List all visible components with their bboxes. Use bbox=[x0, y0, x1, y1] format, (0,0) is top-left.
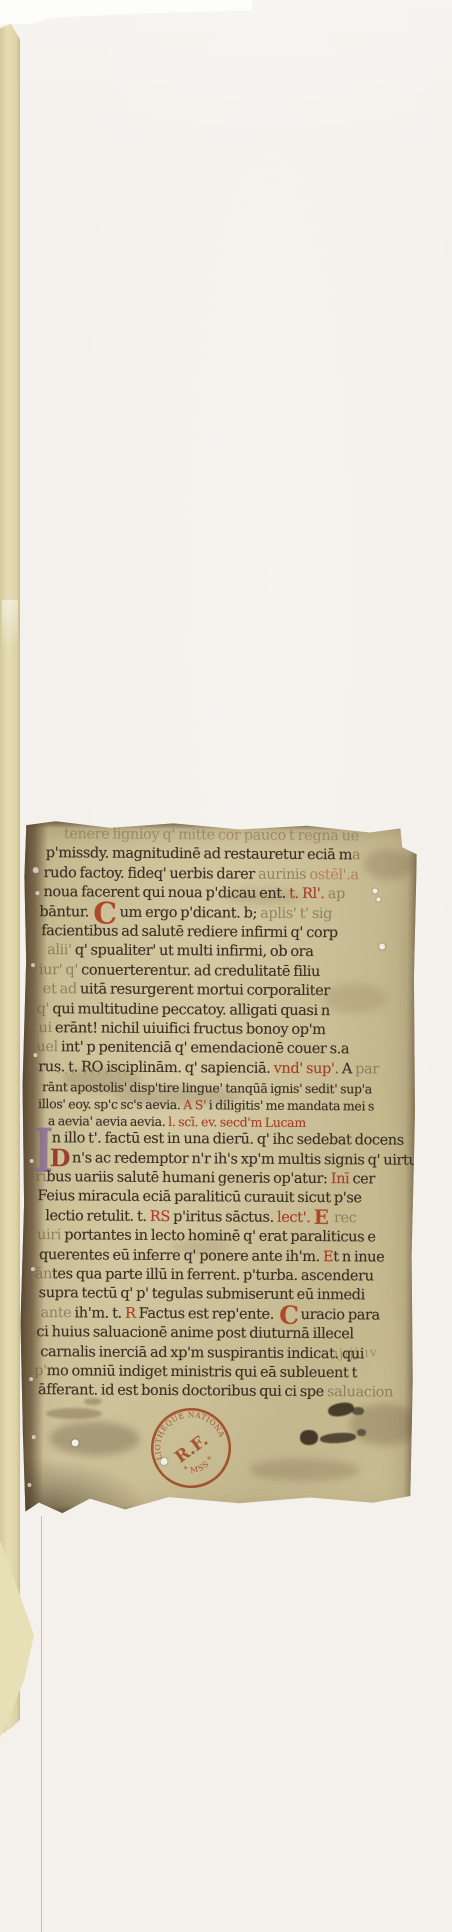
text-segment: n illo t'. factū est in una dierū. q' ih… bbox=[52, 1130, 404, 1148]
text-segment: ci huius saluacionē anime post diuturnā … bbox=[36, 1324, 353, 1342]
manuscript-line: uel int' p penitenciā q' emendacionē cou… bbox=[36, 1040, 349, 1057]
neume-marks: ´´´ ´´´´ ´´´ bbox=[56, 1072, 137, 1083]
manuscript-line: Feius miracula eciā paraliticū curauit s… bbox=[37, 1189, 361, 1206]
text-segment: supra tectū q' p' tegulas submiserunt eū… bbox=[39, 1285, 365, 1303]
text-segment: rudo factoy. fideq' uerbis darer bbox=[44, 865, 259, 882]
parchment-stain bbox=[50, 1421, 140, 1456]
text-segment: Factus est rep'ente. bbox=[139, 1306, 278, 1323]
neume-marks: ´´ ´´´ ´´´´ bbox=[50, 1089, 124, 1100]
text-segment: noua facerent qui noua p'dicau ent. bbox=[43, 884, 289, 902]
text-segment: um ergo p'dicant. b; bbox=[120, 905, 261, 922]
stitch-hole bbox=[33, 867, 39, 873]
parchment-stain bbox=[323, 983, 387, 1013]
rubricated-initial: D bbox=[50, 1143, 71, 1172]
text-segment: uel bbox=[36, 1039, 61, 1055]
text-block: tenere lignioy q' mitte cor pauco t regn… bbox=[24, 821, 417, 824]
text-segment: cer bbox=[352, 1171, 375, 1187]
text-segment: ri bbox=[35, 1169, 46, 1185]
text-segment: āfferant. id est bonis doctoribus qui ci… bbox=[38, 1382, 327, 1400]
manuscript-line: rudo factoy. fideq' uerbis darer aurinis… bbox=[44, 866, 359, 883]
text-segment: q' spualiter' ut multi infirmi, ob ora bbox=[75, 942, 314, 960]
ink-smudge bbox=[352, 1407, 364, 1415]
manuscript-line: āntes qua parte illū in ferrent. p'turba… bbox=[35, 1267, 374, 1284]
text-segment: R bbox=[125, 1306, 139, 1322]
text-segment: uracio para bbox=[301, 1307, 380, 1324]
text-segment: l. scī. ev. secd'm Lucam bbox=[168, 1114, 306, 1130]
manuscript-line: noua facerent qui noua p'dicau ent. t. R… bbox=[43, 885, 345, 902]
stitch-holes-layer bbox=[24, 821, 417, 824]
stitch-hole bbox=[29, 1377, 33, 1381]
manuscript-line: q' qui multitudine peccatoy. alligati qu… bbox=[37, 1002, 330, 1019]
parchment-stain bbox=[249, 1459, 359, 1482]
text-segment: int' p penitenciā q' emendacionē couer s… bbox=[61, 1039, 349, 1057]
neumes-layer: ´´´ ´´´´ ´´´´´ ´´´ ´´´´´´´ ´´ ´´´´ bbox=[24, 821, 417, 824]
parchment-bottom-edge bbox=[19, 1505, 412, 1520]
stitch-hole bbox=[30, 1159, 34, 1163]
manuscript-line: facientibus ad salutē rediere infirmi q'… bbox=[41, 924, 338, 941]
text-segment: lectio retulit. t. bbox=[45, 1208, 150, 1225]
manuscript-line: lectio retulit. t. RS p'iritus sāctus. l… bbox=[45, 1209, 356, 1226]
text-segment: p'iritus sāctus. bbox=[173, 1209, 277, 1226]
text-segment: RS bbox=[150, 1209, 173, 1225]
text-segment: A S' bbox=[183, 1097, 209, 1112]
parchment-stain bbox=[364, 849, 414, 879]
old-shelfmark-marks: ıjıjj ıv bbox=[334, 1345, 379, 1362]
text-segment: rec bbox=[334, 1210, 357, 1226]
text-segment: t. Rl'. bbox=[289, 886, 328, 902]
text-segment: portantes in lecto hominē q' erat parali… bbox=[64, 1227, 375, 1245]
parchment-right-edge bbox=[403, 824, 417, 1520]
text-segment: ap bbox=[328, 886, 345, 902]
text-segment: ante bbox=[41, 1305, 75, 1321]
parchment-torn-corner bbox=[19, 1457, 149, 1518]
manuscript-line: p'missdy. magnitudinē ad restauretur eci… bbox=[46, 846, 361, 863]
neume-marks: ´´´ ´´ ´´´´ bbox=[52, 1106, 126, 1117]
guard-strip-crease bbox=[2, 600, 18, 670]
text-segment: uiri bbox=[37, 1227, 64, 1243]
manuscript-line: ui erānt! nichil uiuifici fructus bonoy … bbox=[38, 1021, 325, 1038]
text-segment: erānt! nichil uiuifici fructus bonoy op'… bbox=[55, 1020, 326, 1038]
manuscript-line: n illo t'. factū est in una dierū. q' ih… bbox=[52, 1131, 404, 1148]
text-segment: carnalis inerciā ad xp'm suspirantis ind… bbox=[40, 1344, 364, 1362]
text-segment: i diligitis' me mandata mei s bbox=[209, 1097, 374, 1113]
parchment-hole bbox=[379, 943, 385, 949]
text-segment: tenere lignioy q' mitte cor pauco t regn… bbox=[64, 826, 359, 844]
ink-smudge bbox=[300, 1430, 318, 1445]
manuscript-line: iur' q' conuerterentur. ad credulitatē f… bbox=[39, 963, 320, 980]
faded-ink-smudge bbox=[46, 1408, 102, 1419]
text-segment: E bbox=[323, 1249, 333, 1265]
manuscript-line: ribus uariis salutē humani generis op'at… bbox=[35, 1170, 375, 1187]
text-segment: par bbox=[355, 1061, 379, 1077]
manuscript-line: bāntur. Cum ergo p'dicant. b; aplis' t' … bbox=[39, 905, 332, 922]
album-page-top-edge bbox=[0, 0, 252, 24]
manuscript-line: uiri portantes in lecto hominē q' erat p… bbox=[37, 1228, 376, 1245]
holes-layer bbox=[24, 821, 417, 824]
text-segment: conuerterentur. ad credulitatē filiu bbox=[81, 962, 320, 980]
rubricated-initial: E bbox=[314, 1205, 335, 1229]
text-segment: ān bbox=[35, 1266, 52, 1282]
stitch-hole bbox=[27, 1483, 31, 1487]
text-segment: p' bbox=[34, 1363, 47, 1379]
stains-layer bbox=[24, 821, 417, 824]
text-segment: Feius miracula eciā paraliticū curauit s… bbox=[37, 1188, 361, 1206]
text-segment: ostēl'.a bbox=[309, 867, 358, 883]
text-segment: Inī bbox=[331, 1171, 353, 1187]
text-segment: vnd' sup'. bbox=[274, 1061, 342, 1077]
manuscript-line: supra tectū q' p' tegulas submiserunt eū… bbox=[39, 1286, 365, 1303]
manuscript-line: tenere lignioy q' mitte cor pauco t regn… bbox=[64, 827, 359, 844]
text-segment: saluacion bbox=[327, 1384, 393, 1400]
text-segment: bus uariis salutē humani generis op'atur… bbox=[46, 1169, 331, 1187]
text-segment: aplis' t' sig bbox=[260, 906, 332, 923]
text-segment: alii' bbox=[47, 942, 75, 958]
binding-guard-strip bbox=[0, 24, 20, 1735]
album-page-crease bbox=[41, 1516, 42, 1932]
parchment-hole bbox=[373, 888, 378, 893]
manuscript-line: alii' q' spualiter' ut multi infirmi, ob… bbox=[47, 943, 313, 960]
text-segment: lect'. bbox=[277, 1210, 314, 1226]
text-segment: uitā resurgerent mortui corporaliter bbox=[80, 981, 330, 999]
text-segment: tes qua parte illū in ferrent. p'turba. … bbox=[52, 1266, 374, 1284]
ink-smudge bbox=[357, 1429, 366, 1436]
text-segment: ui bbox=[38, 1020, 55, 1036]
text-segment: facientibus ad salutē rediere infirmi q'… bbox=[41, 923, 338, 941]
text-segment: A bbox=[342, 1061, 355, 1077]
manuscript-line: p'mo omniū indiget ministris qui eā subl… bbox=[34, 1364, 357, 1381]
text-segment: iur' q' bbox=[39, 962, 81, 978]
manuscript-line: querentes eū inferre q' ponere ante ih'm… bbox=[39, 1248, 384, 1265]
text-segment: ih'm. t. bbox=[75, 1305, 126, 1321]
manuscript-line: et ad uitā resurgerent mortui corporalit… bbox=[43, 982, 330, 999]
stitch-hole bbox=[35, 891, 39, 895]
stitch-hole bbox=[31, 1267, 35, 1271]
stitch-hole bbox=[33, 1053, 37, 1057]
manuscript-scan-page: I tenere lignioy q' mitte cor pauco t re… bbox=[0, 0, 452, 1932]
manuscript-line: Dn's ac redemptor n'r ih's xp'm multis s… bbox=[50, 1151, 418, 1169]
text-segment: et ad bbox=[43, 981, 80, 997]
text-segment: n's ac redemptor n'r ih's xp'm multis si… bbox=[72, 1150, 417, 1168]
text-segment: a bbox=[352, 847, 360, 863]
text-segment: mo omniū indiget ministris qui eā subleu… bbox=[47, 1363, 358, 1381]
manuscript-line: carnalis inerciā ad xp'm suspirantis ind… bbox=[40, 1345, 364, 1362]
text-segment: qui multitudine peccatoy. alligati quasi… bbox=[52, 1001, 330, 1019]
manuscript-line: ante ih'm. t. R Factus est rep'ente. Cur… bbox=[41, 1306, 380, 1323]
text-segment: aurinis bbox=[258, 867, 310, 883]
parchment-hole bbox=[72, 1439, 79, 1446]
text-segment: p'missdy. magnitudinē ad restauretur eci… bbox=[46, 845, 352, 863]
manuscript-line: ci huius saluacionē anime post diuturnā … bbox=[36, 1325, 353, 1342]
text-segment: t n inue bbox=[333, 1249, 384, 1265]
faded-ink-smudge bbox=[84, 1398, 102, 1405]
text-segment: querentes eū inferre q' ponere ante ih'm… bbox=[39, 1247, 323, 1265]
stitch-hole bbox=[31, 963, 35, 967]
text-segment: q' bbox=[37, 1001, 53, 1017]
text-segment: bāntur. bbox=[39, 904, 92, 920]
parchment-hole bbox=[376, 897, 380, 901]
stitch-hole bbox=[32, 1435, 36, 1439]
